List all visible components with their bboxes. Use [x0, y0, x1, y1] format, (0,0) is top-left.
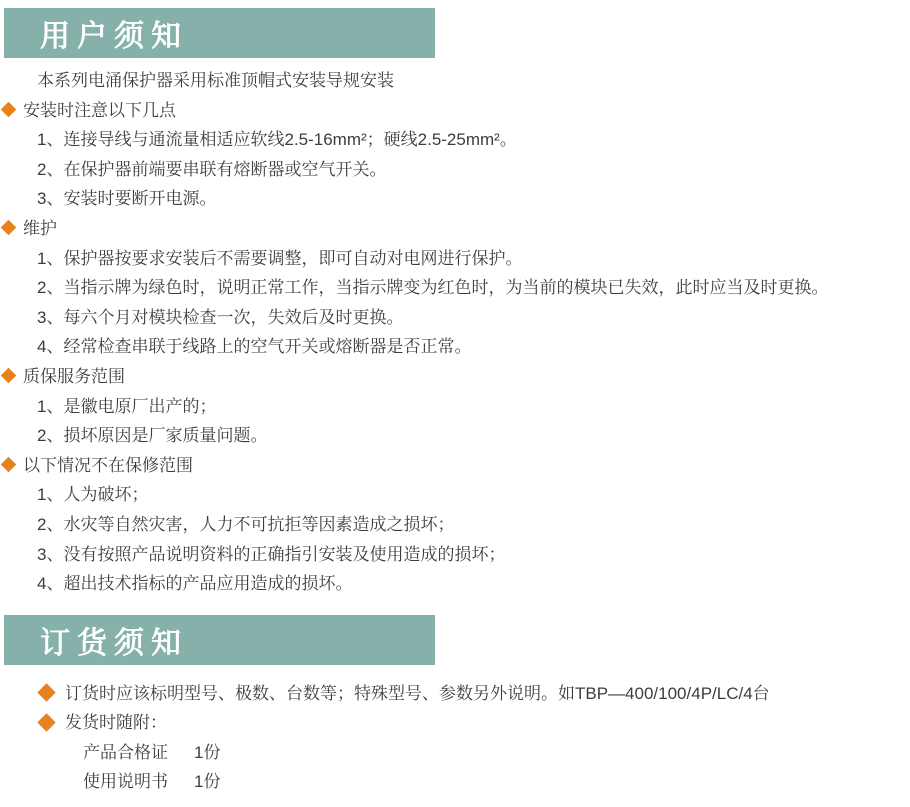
list-item: 2、在保护器前端要串联有熔断器或空气开关。: [0, 155, 910, 185]
diamond-bullet-icon: [37, 713, 55, 731]
order-notice-body: 订货时应该标明型号、极数、台数等；特殊型号、参数另外说明。如TBP—400/10…: [0, 665, 910, 797]
intro-paragraph: 本系列电涌保护器采用标准顶帽式安装导规安装: [0, 66, 910, 96]
section-heading-maintenance: 维护: [0, 214, 910, 244]
order-bullet-label: 订货时应该标明型号、极数、台数等；特殊型号、参数另外说明。如TBP—400/10…: [65, 684, 770, 703]
list-item: 2、当指示牌为绿色时，说明正常工作，当指示牌变为红色时，为当前的模块已失效，此时…: [0, 273, 910, 303]
user-notice-body: 本系列电涌保护器采用标准顶帽式安装导规安装 安装时注意以下几点 1、连接导线与通…: [0, 58, 910, 599]
order-bullet-label: 发货时随附：: [65, 713, 167, 732]
attachment-row: 产品合格证1份: [0, 738, 910, 768]
diamond-bullet-icon: [1, 102, 17, 118]
list-item: 2、损坏原因是厂家质量问题。: [0, 421, 910, 451]
list-item: 3、安装时要断开电源。: [0, 184, 910, 214]
section-heading-label: 以下情况不在保修范围: [23, 456, 193, 475]
diamond-bullet-icon: [1, 220, 17, 236]
order-bullet-model-info: 订货时应该标明型号、极数、台数等；特殊型号、参数另外说明。如TBP—400/10…: [0, 679, 910, 709]
diamond-bullet-icon: [37, 684, 55, 702]
attachment-name: 产品合格证: [83, 743, 168, 762]
section-heading-warranty-scope: 质保服务范围: [0, 362, 910, 392]
list-item: 1、人为破坏；: [0, 480, 910, 510]
section-heading-label: 维护: [23, 219, 57, 238]
list-item: 3、每六个月对模块检查一次，失效后及时更换。: [0, 303, 910, 333]
order-notice-header-band: 订货须知: [4, 615, 435, 665]
list-item: 1、连接导线与通流量相适应软线2.5-16mm²；硬线2.5-25mm²。: [0, 125, 910, 155]
list-item: 4、超出技术指标的产品应用造成的损坏。: [0, 569, 910, 599]
order-bullet-shipping: 发货时随附：: [0, 708, 910, 738]
list-item: 2、水灾等自然灾害，人力不可抗拒等因素造成之损坏；: [0, 510, 910, 540]
user-notice-header-band: 用户须知: [4, 8, 435, 58]
section-heading-label: 安装时注意以下几点: [23, 101, 176, 120]
list-item: 3、没有按照产品说明资料的正确指引安装及使用造成的损坏；: [0, 540, 910, 570]
attachment-name: 使用说明书: [83, 772, 168, 791]
list-item: 4、经常检查串联于线路上的空气开关或熔断器是否正常。: [0, 332, 910, 362]
section-heading-warranty-exclusions: 以下情况不在保修范围: [0, 451, 910, 481]
diamond-bullet-icon: [1, 457, 17, 473]
list-item: 1、保护器按要求安装后不需要调整，即可自动对电网进行保护。: [0, 244, 910, 274]
section-heading-installation: 安装时注意以下几点: [0, 96, 910, 126]
list-item: 1、是徽电原厂出产的；: [0, 392, 910, 422]
attachment-qty: 1份: [194, 743, 220, 762]
order-notice-title: 订货须知: [4, 618, 188, 662]
user-notice-title: 用户须知: [4, 11, 188, 55]
section-heading-label: 质保服务范围: [23, 367, 125, 386]
attachment-row: 使用说明书1份: [0, 767, 910, 797]
attachment-qty: 1份: [194, 772, 220, 791]
diamond-bullet-icon: [1, 368, 17, 384]
